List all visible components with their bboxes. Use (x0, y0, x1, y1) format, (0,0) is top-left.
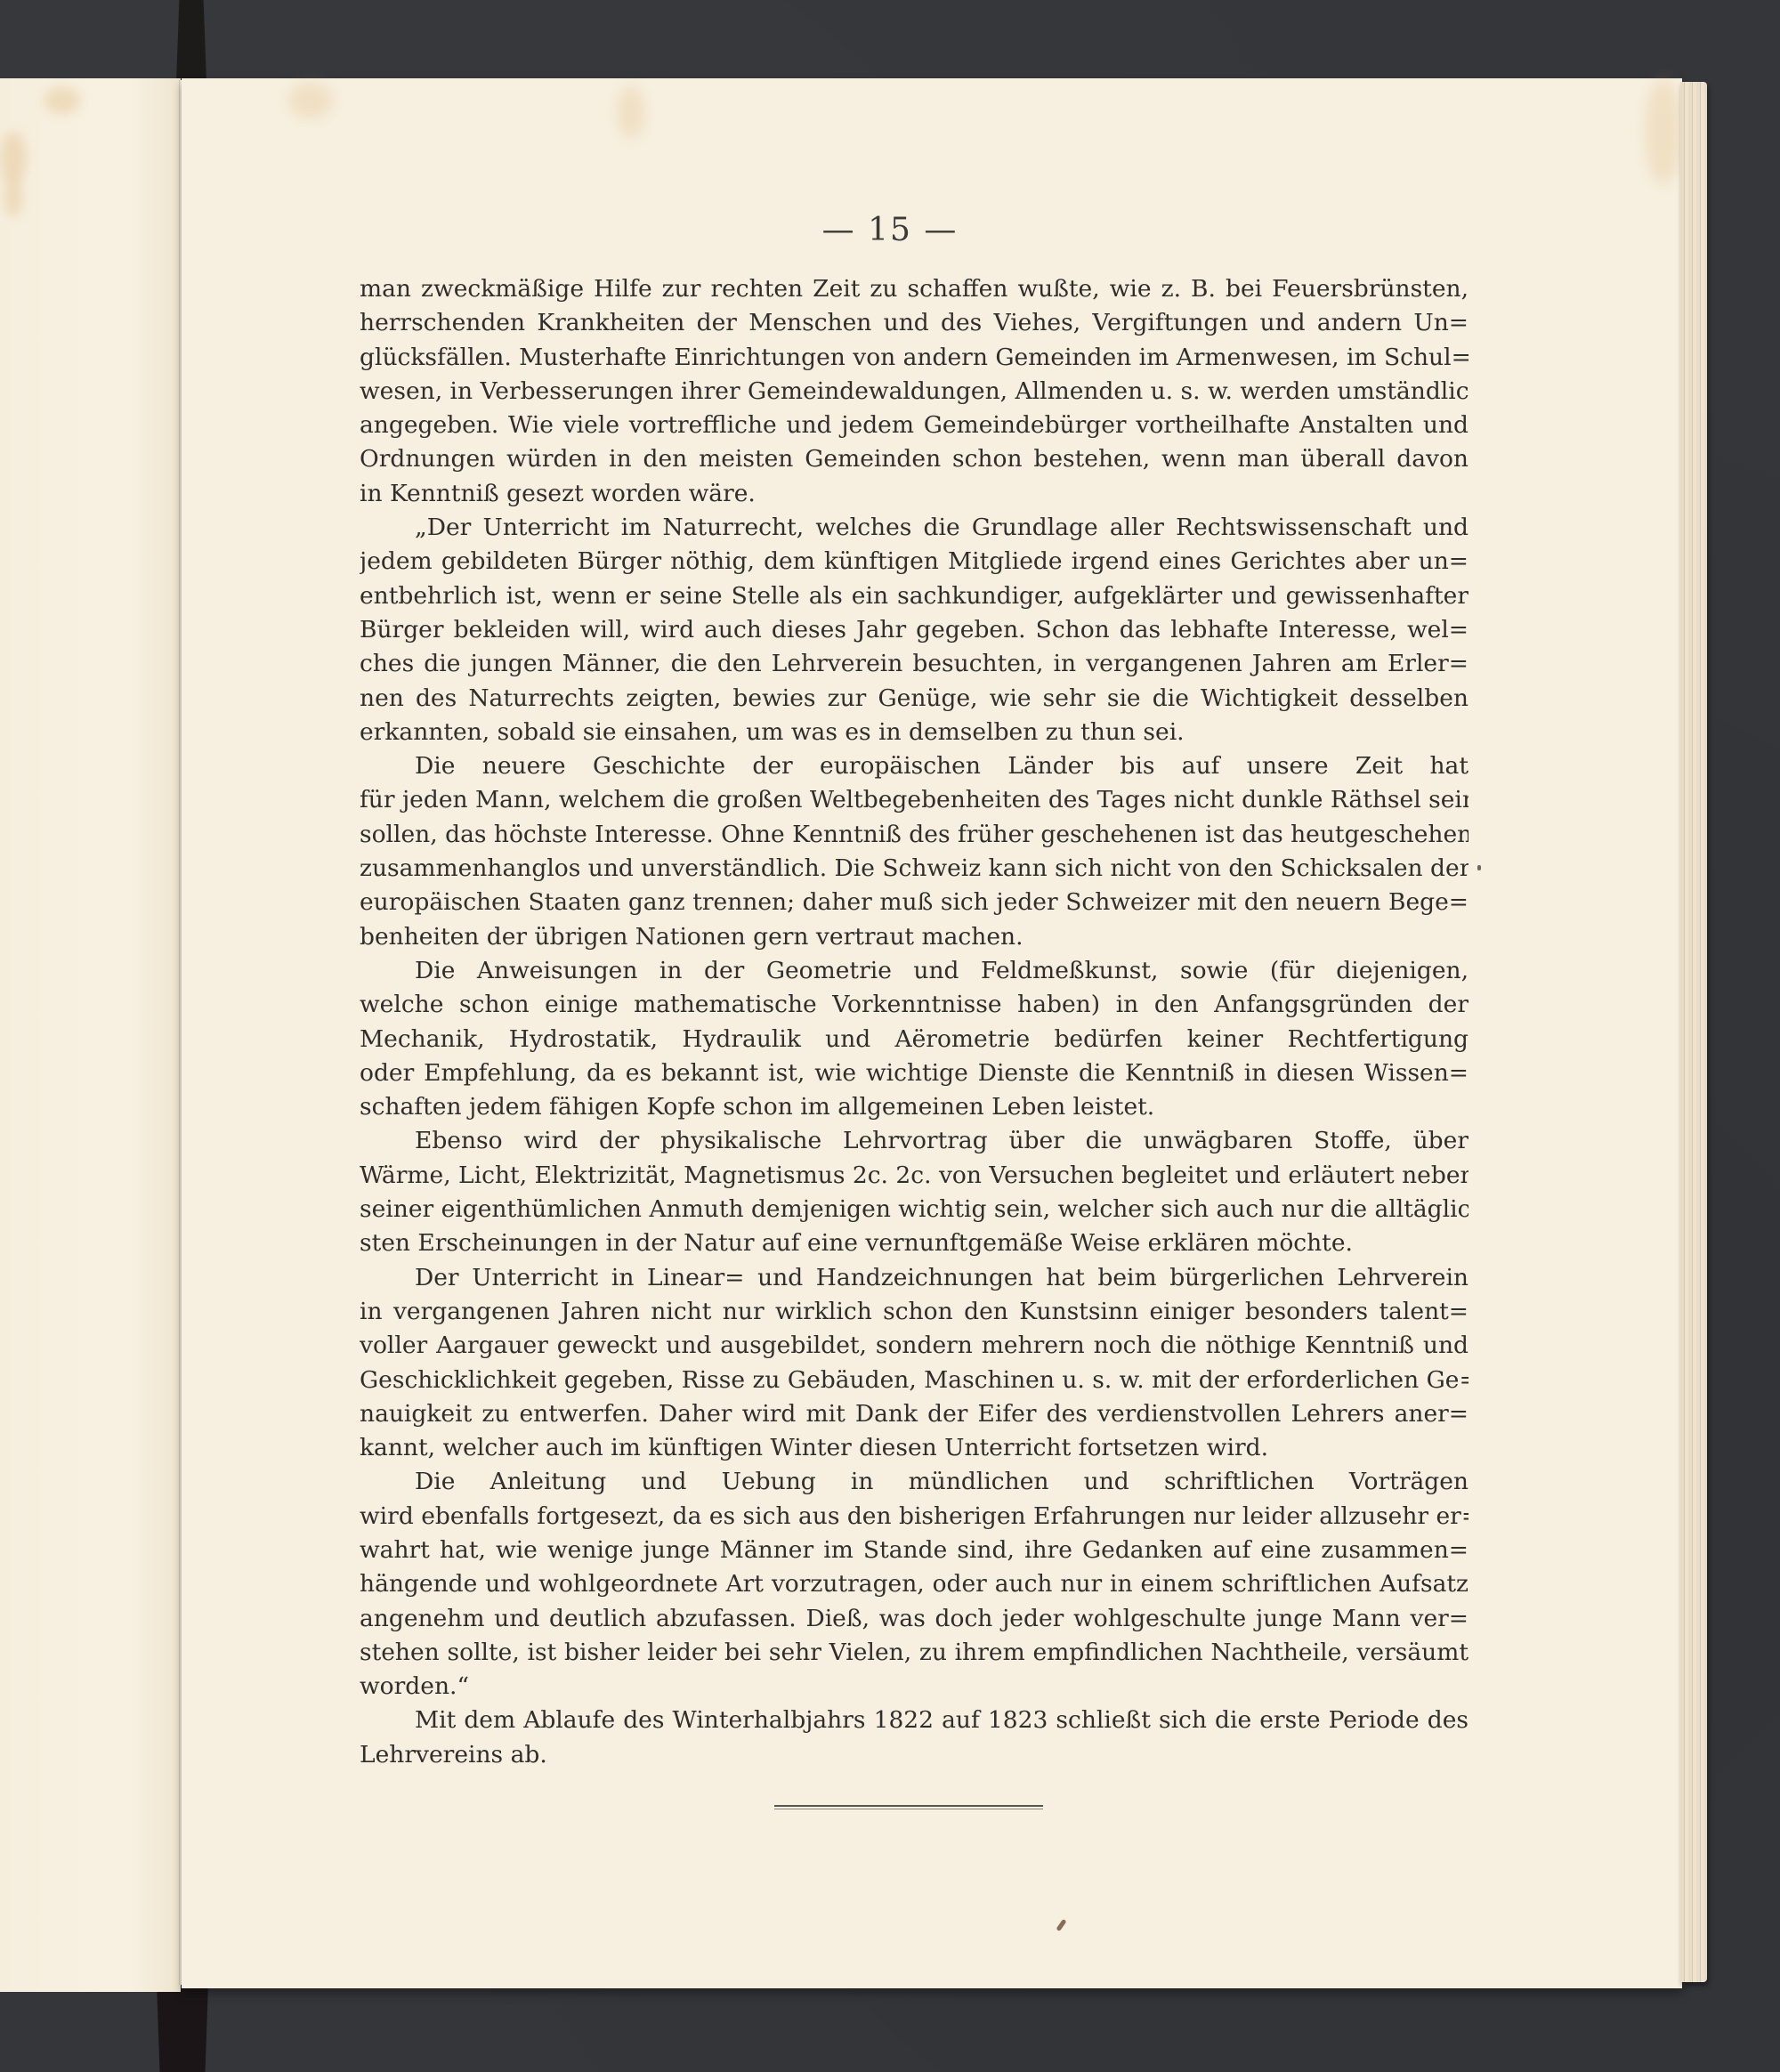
text-line: in vergangenen Jahren nicht nur wirklich… (360, 1295, 1468, 1329)
text-line: worden.“ (360, 1670, 1468, 1704)
text-line: Lehrvereins ab. (360, 1738, 1468, 1772)
book-spine-bottom (157, 1983, 208, 2072)
foxing-stain (0, 132, 27, 185)
text-line: Wärme, Licht, Elektrizität, Magnetismus … (360, 1159, 1468, 1193)
text-line: Ordnungen würden in den meisten Gemeinde… (360, 442, 1468, 476)
text-line: zusammenhanglos und unverständlich. Die … (360, 852, 1468, 886)
foxing-stain (44, 87, 80, 114)
foxing-stain (4, 181, 22, 216)
paragraph-start-line: Die Anweisungen in der Geometrie und Fel… (360, 954, 1468, 988)
text-line: sten Erscheinungen in der Natur auf eine… (360, 1226, 1468, 1260)
text-line: ches die jungen Männer, die den Lehrvere… (360, 647, 1468, 681)
paragraph-start-line: Mit dem Ablaufe des Winterhalbjahrs 1822… (360, 1704, 1468, 1737)
text-line: für jeden Mann, welchem die großen Weltb… (360, 783, 1468, 817)
foxing-stain (1646, 78, 1681, 185)
text-line: angenehm und deutlich abzufassen. Dieß, … (360, 1602, 1468, 1636)
foxing-stain (618, 85, 644, 139)
text-line: in Kenntniß gesezt worden wäre. (360, 477, 1468, 511)
text-line: man zweckmäßige Hilfe zur rechten Zeit z… (360, 272, 1468, 306)
foxing-stain (288, 83, 333, 118)
text-line: benheiten der übrigen Nationen gern vert… (360, 920, 1468, 954)
text-line: voller Aargauer geweckt und ausgebildet,… (360, 1329, 1468, 1363)
text-line: sollen, das höchste Interesse. Ohne Kenn… (360, 818, 1468, 852)
text-line: oder Empfehlung, da es bekannt ist, wie … (360, 1056, 1468, 1090)
text-line: nen des Naturrechts zeigten, bewies zur … (360, 682, 1468, 716)
ink-speck (1477, 865, 1481, 870)
book-spine-top (176, 0, 206, 82)
text-line: angegeben. Wie viele vortreffliche und j… (360, 409, 1468, 442)
body-text: man zweckmäßige Hilfe zur rechten Zeit z… (360, 272, 1468, 1772)
text-line: nauigkeit zu entwerfen. Daher wird mit D… (360, 1397, 1468, 1431)
text-line: kannt, welcher auch im künftigen Winter … (360, 1431, 1468, 1465)
text-line: Mechanik, Hydrostatik, Hydraulik und Aër… (360, 1023, 1468, 1056)
paragraph-start-line: Die neuere Geschichte der europäischen L… (360, 749, 1468, 783)
text-line: Bürger bekleiden will, wird auch dieses … (360, 613, 1468, 647)
section-end-rule (774, 1805, 1043, 1807)
text-line: europäischen Staaten ganz trennen; daher… (360, 886, 1468, 919)
text-line: wesen, in Verbesserungen ihrer Gemeindew… (360, 375, 1468, 409)
text-line: glücksfällen. Musterhafte Einrichtungen … (360, 341, 1468, 375)
paragraph-start-line: Ebenso wird der physikalische Lehrvortra… (360, 1124, 1468, 1158)
text-line: erkannten, sobald sie einsahen, um was e… (360, 716, 1468, 749)
text-line: schaften jedem fähigen Kopfe schon im al… (360, 1090, 1468, 1124)
page-number: — 15 — (0, 212, 1780, 248)
text-line: wird ebenfalls fortgesezt, da es sich au… (360, 1500, 1468, 1534)
paragraph-start-line: Die Anleitung und Uebung in mündlichen u… (360, 1465, 1468, 1499)
text-line: Geschicklichkeit gegeben, Risse zu Gebäu… (360, 1364, 1468, 1397)
left-page-edge (0, 78, 181, 1992)
paragraph-start-line: Der Unterricht in Linear= und Handzeichn… (360, 1261, 1468, 1295)
text-line: seiner eigenthümlichen Anmuth demjenigen… (360, 1193, 1468, 1226)
text-line: entbehrlich ist, wenn er seine Stelle al… (360, 579, 1468, 613)
page-block-edge (1680, 82, 1707, 1982)
text-line: herrschenden Krankheiten der Menschen un… (360, 306, 1468, 340)
text-line: welche schon einige mathematische Vorken… (360, 988, 1468, 1022)
text-line: stehen sollte, ist bisher leider bei seh… (360, 1636, 1468, 1670)
text-line: jedem gebildeten Bürger nöthig, dem künf… (360, 545, 1468, 579)
text-line: wahrt hat, wie wenige junge Männer im St… (360, 1534, 1468, 1567)
paragraph-start-line: „Der Unterricht im Naturrecht, welches d… (360, 511, 1468, 545)
text-line: hängende und wohlgeordnete Art vorzutrag… (360, 1567, 1468, 1601)
